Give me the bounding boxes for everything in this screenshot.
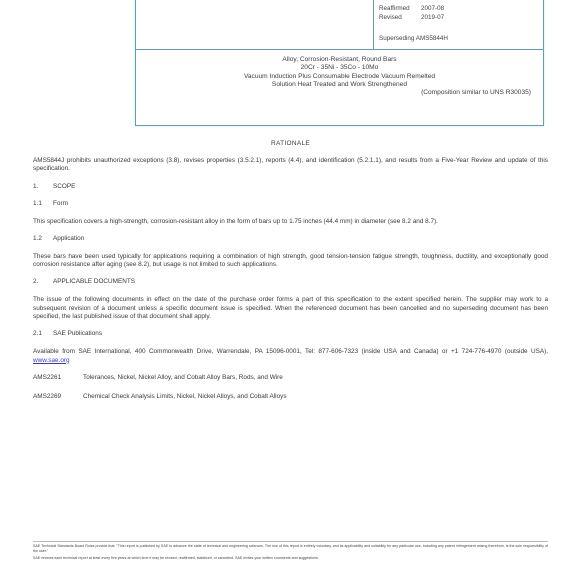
document-header-box: Reaffirmed2007-08 Revised2019-07 Superse… — [135, 0, 544, 126]
reference-id: AMS2261 — [33, 374, 83, 383]
header-top-section: Reaffirmed2007-08 Revised2019-07 Superse… — [136, 0, 543, 50]
section-applicable-documents-heading: 2.APPLICABLE DOCUMENTS — [33, 278, 548, 287]
revised-date: 2019-07 — [421, 14, 444, 21]
reference-title: Chemical Check Analysis Limits, Nickel, … — [83, 393, 287, 400]
reference-item: AMS2261Tolerances, Nickel, Nickel Alloy,… — [33, 374, 548, 383]
section-number: 1. — [33, 183, 53, 192]
section-title: SCOPE — [53, 183, 75, 190]
section-sae-publications-heading: 2.1SAE Publications — [33, 330, 548, 339]
footer-rules-text: SAE Technical Standards Board Rules prov… — [33, 544, 548, 554]
composition-note: (Composition similar to UNS R30035) — [136, 89, 543, 97]
section-form-heading: 1.1Form — [33, 200, 548, 209]
footer-review-text: SAE reviews each technical report at lea… — [33, 556, 548, 561]
title-line-2: 20Cr - 35Ni - 35Co - 10Mo — [136, 64, 543, 72]
document-body: RATIONALE AMS5844J prohibits unauthorize… — [33, 140, 548, 411]
application-text: These bars have been used typically for … — [33, 253, 548, 270]
reaffirmed-label: Reaffirmed — [379, 5, 421, 14]
rationale-text: AMS5844J prohibits unauthorized exceptio… — [33, 157, 548, 174]
superseding-row: Superseding AMS5844H — [379, 35, 448, 44]
document-title-block: Alloy, Corrosion-Resistant, Round Bars 2… — [136, 51, 543, 125]
sae-publications-text: Available from SAE International, 400 Co… — [33, 348, 548, 365]
section-title: Form — [53, 200, 68, 207]
form-text: This specification covers a high-strengt… — [33, 218, 548, 227]
section-application-heading: 1.2Application — [33, 235, 548, 244]
sae-availability-text: Available from SAE International, 400 Co… — [33, 348, 548, 355]
reaffirmed-date: 2007-08 — [421, 5, 444, 12]
rationale-heading: RATIONALE — [33, 140, 548, 149]
superseding-text: Superseding AMS5844H — [379, 35, 448, 42]
sae-disclaimer-footer: SAE Technical Standards Board Rules prov… — [33, 541, 548, 563]
section-title: APPLICABLE DOCUMENTS — [53, 278, 135, 285]
title-line-3: Vacuum Induction Plus Consumable Electro… — [136, 73, 543, 81]
section-title: SAE Publications — [53, 330, 102, 337]
reference-id: AMS2269 — [33, 393, 83, 402]
section-number: 1.2 — [33, 235, 53, 244]
section-title: Application — [53, 235, 84, 242]
section-scope-heading: 1.SCOPE — [33, 183, 548, 192]
title-line-4: Solution Heat Treated and Work Strengthe… — [136, 81, 543, 89]
applicable-documents-text: The issue of the following documents in … — [33, 296, 548, 322]
revised-row: Revised2019-07 — [379, 14, 444, 23]
reference-item: AMS2269Chemical Check Analysis Limits, N… — [33, 393, 548, 402]
reference-title: Tolerances, Nickel, Nickel Alloy, and Co… — [83, 374, 283, 381]
reaffirmed-row: Reaffirmed2007-08 — [379, 5, 444, 14]
section-number: 2. — [33, 278, 53, 287]
title-line-1: Alloy, Corrosion-Resistant, Round Bars — [136, 56, 543, 64]
revised-label: Revised — [379, 14, 421, 23]
section-number: 1.1 — [33, 200, 53, 209]
sae-website-link[interactable]: www.sae.org — [33, 357, 70, 364]
revision-info-panel: Reaffirmed2007-08 Revised2019-07 Superse… — [373, 0, 543, 49]
section-number: 2.1 — [33, 330, 53, 339]
